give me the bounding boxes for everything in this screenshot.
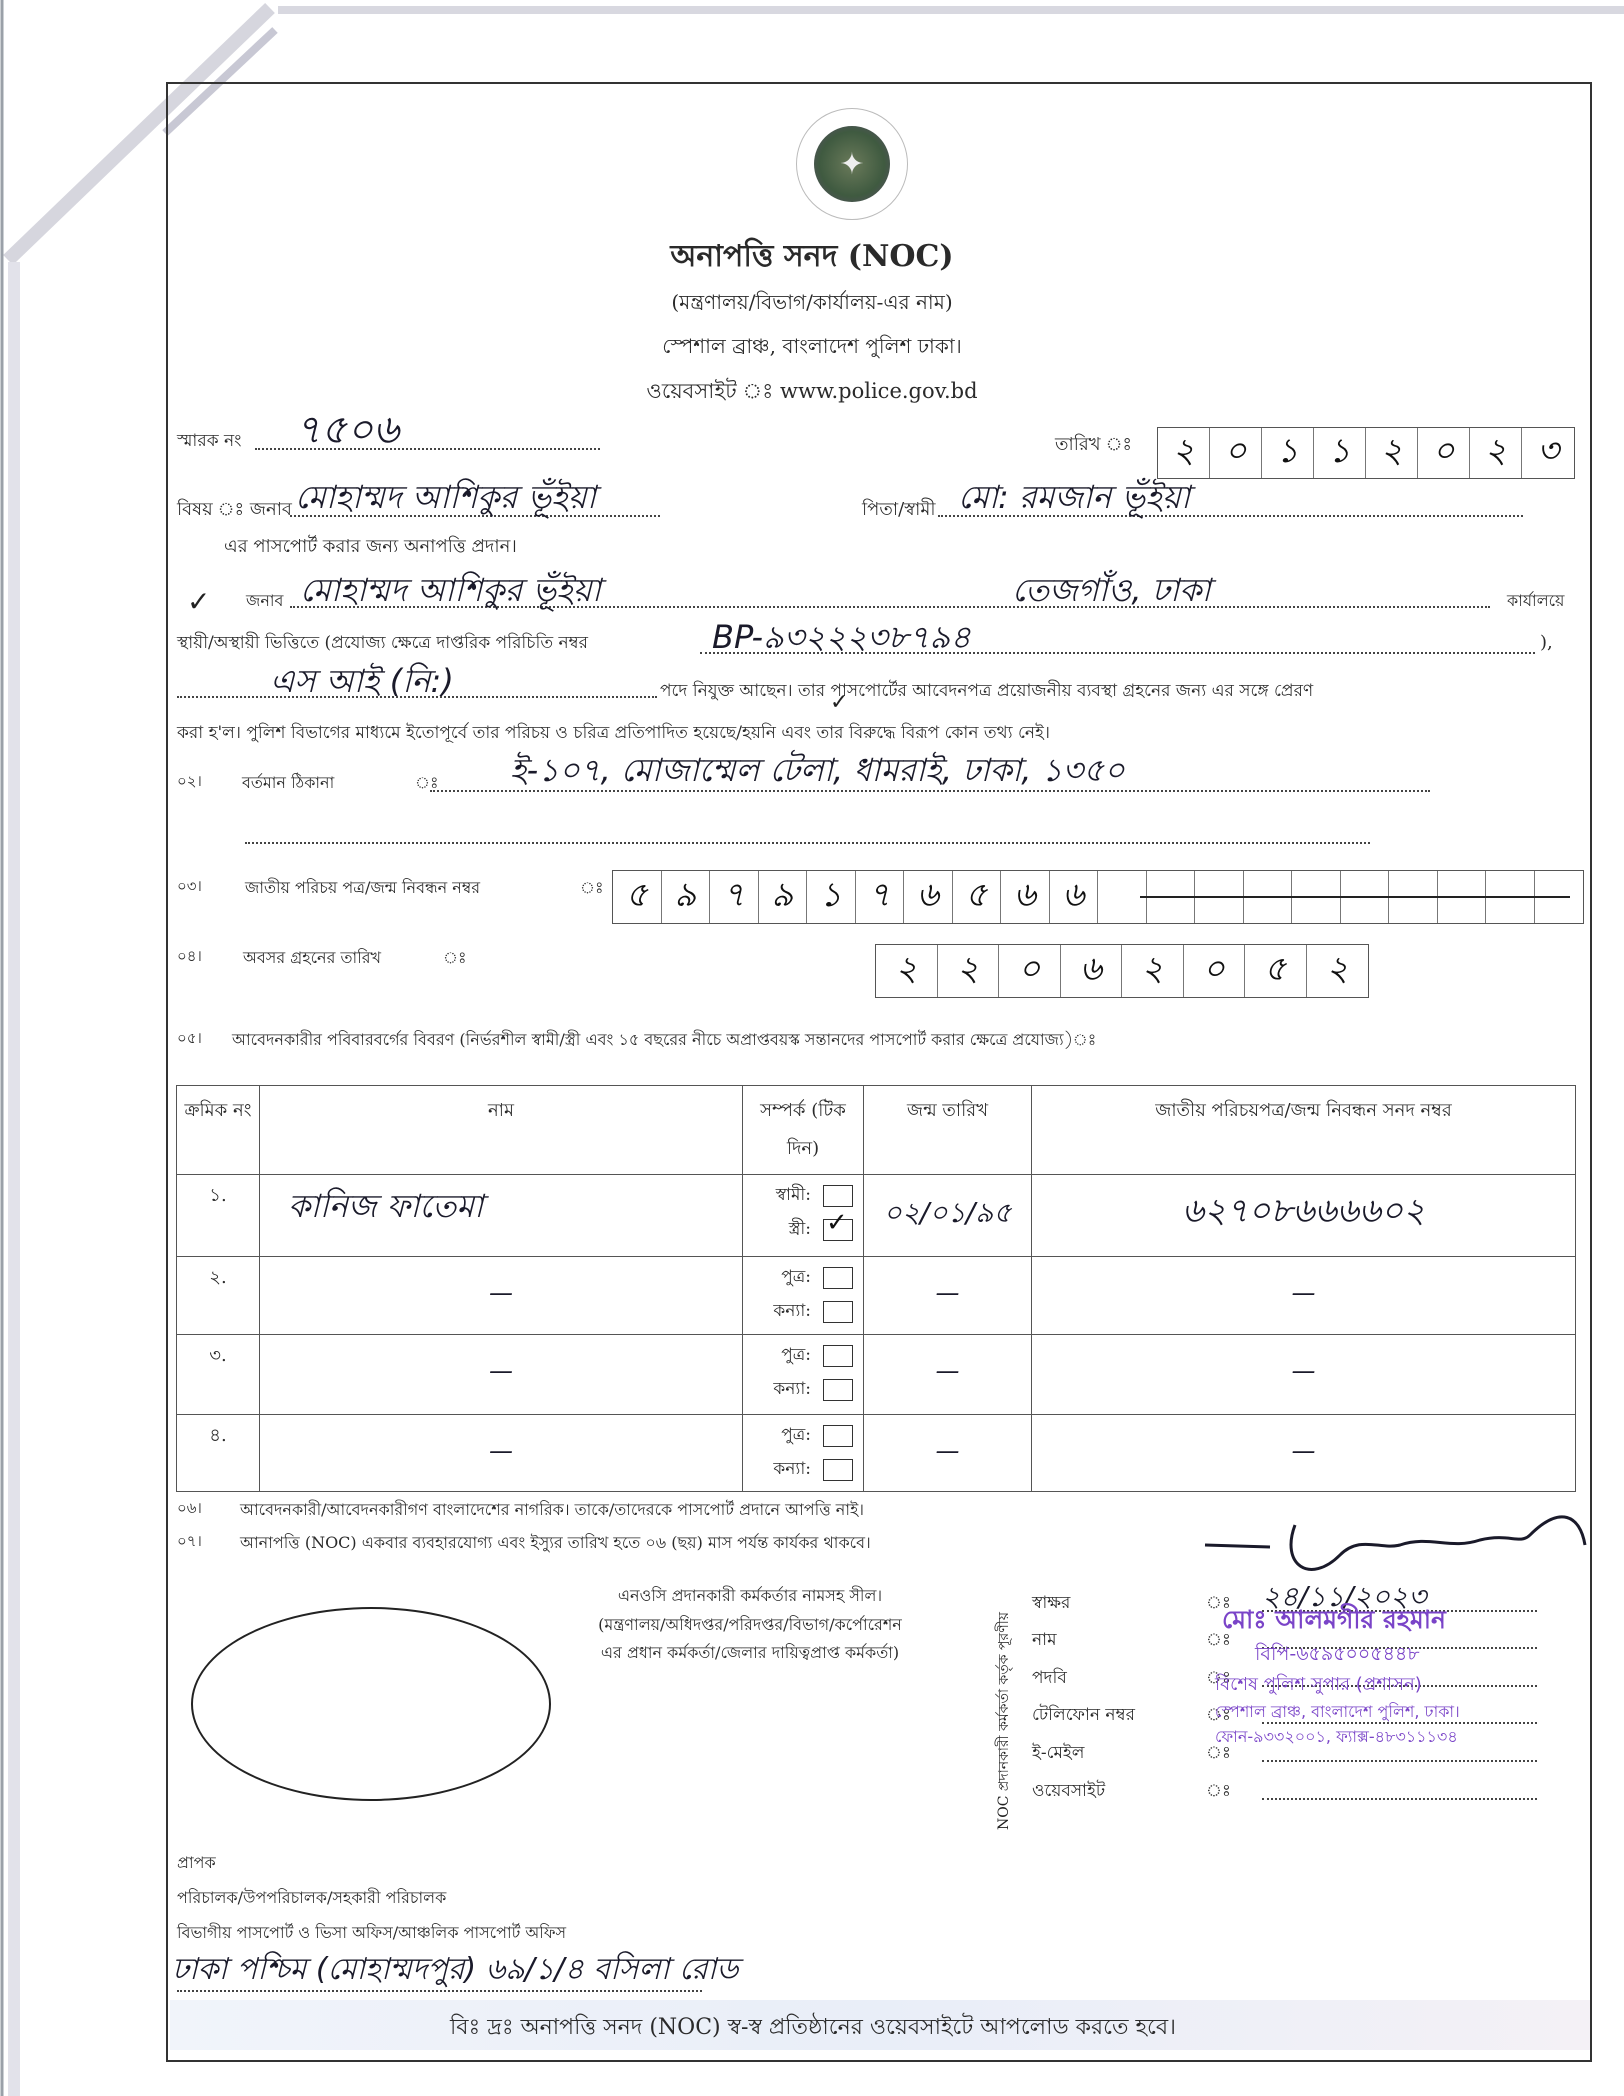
relation-label: পুত্র:: [781, 1342, 811, 1370]
relation-cell: স্বামী:স্ত্রী:: [743, 1175, 864, 1257]
footnote: বিঃ দ্রঃ অনাপত্তি সনদ (NOC) স্ব-স্ব প্রত…: [450, 2010, 1176, 2047]
document-title: অনাপত্তি সনদ (NOC): [0, 232, 1624, 283]
relation-checkbox[interactable]: [823, 1219, 853, 1241]
check-mark-icon: ✓: [187, 585, 210, 618]
address-label: বর্তমান ঠিকানা: [242, 770, 334, 797]
serial-cell: ৩.: [177, 1335, 260, 1415]
digit-box: ১: [1314, 428, 1366, 478]
digit-box: ২: [1158, 428, 1210, 478]
digit-box: ৩: [1522, 428, 1574, 478]
digit-box: ৭: [710, 871, 759, 923]
nid-cell: ৬২৭০৮৬৬৬৬০২: [1032, 1175, 1576, 1257]
stamp-designation: বিশেষ পুলিশ সুপার (প্রশাসন): [1215, 1670, 1422, 1701]
digit-box: ৯: [759, 871, 808, 923]
relation-checkbox[interactable]: [823, 1459, 853, 1481]
digit-box: ০: [1210, 428, 1262, 478]
website-line: ওয়েবসাইট ঃ www.police.gov.bd: [0, 375, 1624, 410]
relation-checkbox[interactable]: [823, 1267, 853, 1289]
recipient-label: প্রাপক: [177, 1850, 216, 1877]
digit-box: ৬: [904, 871, 953, 923]
dob-cell: —: [864, 1415, 1032, 1492]
nid-cell: —: [1032, 1335, 1576, 1415]
officer-field-label: টেলিফোন নম্বর: [1032, 1702, 1135, 1730]
date-label: তারিখ ঃ: [1055, 430, 1132, 461]
officer-field-label: পদবি: [1032, 1665, 1067, 1693]
digit-box: ১: [1262, 428, 1314, 478]
digit-box: ১: [807, 871, 856, 923]
digit-box: ২: [1366, 428, 1418, 478]
relation-label: স্বামী:: [776, 1182, 811, 1210]
relation-checkbox[interactable]: [823, 1301, 853, 1323]
family-table: ক্রমিক নং নাম সম্পর্ক (টিক দিন) জন্ম তার…: [176, 1085, 1576, 1492]
retirement-label: অবসর গ্রহনের তারিখ: [243, 945, 381, 972]
check-mark-icon: ✓: [830, 690, 848, 715]
subject-name: মোহাম্মদ আশিকুর ভূঁইয়া: [295, 472, 596, 526]
name-cell: —: [260, 1335, 743, 1415]
relation-label: কন্যা:: [773, 1298, 811, 1326]
declaration-validity: আনাপত্তি (NOC) একবার ব্যবহারযোগ্য এবং ইস…: [240, 1530, 871, 1557]
relation-label: পুত্র:: [781, 1422, 811, 1450]
officer-field-label: স্বাক্ষর: [1032, 1590, 1070, 1618]
digit-box: ২: [1470, 428, 1522, 478]
present-address: ই-১০৭, মোজাম্মেল টেলা, ধামরাই, ঢাকা, ১৩৫…: [510, 745, 1125, 799]
digit-box: ৯: [662, 871, 711, 923]
nid-cell: —: [1032, 1415, 1576, 1492]
office-name: স্পেশাল ব্রাঞ্চ, বাংলাদেশ পুলিশ ঢাকা।: [0, 332, 1624, 365]
serial-cell: ১.: [177, 1175, 260, 1257]
father-label: পিতা/স্বামী: [862, 495, 935, 526]
father-name: মো: রমজান ভূঁইয়া: [958, 472, 1190, 526]
relation-cell: পুত্র:কন্যা:: [743, 1415, 864, 1492]
officer-field-label: ই-মেইল: [1032, 1740, 1084, 1768]
seal-placeholder: [191, 1607, 551, 1801]
declaration-citizenship: আবেদনকারী/আবেদনকারীগণ বাংলাদেশের নাগরিক।…: [240, 1497, 864, 1524]
retirement-date-boxes: ২২০৬২০৫২: [875, 944, 1369, 998]
digit-box: ২: [938, 945, 1000, 997]
office-suffix: কার্যালয়ে: [1507, 588, 1564, 615]
subject-line2: এর পাসপোর্ট করার জন্য অনাপত্তি প্রদান।: [224, 532, 517, 563]
digit-box: ৭: [856, 871, 905, 923]
digit-box: ৫: [1245, 945, 1307, 997]
relation-label: কন্যা:: [773, 1456, 811, 1484]
office-location: তেজগাঁও, ঢাকা: [1012, 565, 1211, 619]
digit-box: ৬: [1001, 871, 1050, 923]
digit-box: ০: [999, 945, 1061, 997]
table-row: ১.কানিজ ফাতেমাস্বামী:স্ত্রী:০২/০১/৯৫৬২৭০…: [177, 1175, 1576, 1257]
recipient-office: ঢাকা পশ্চিম (মোহাম্মদপুর) ৬৯/১/৪ বসিলা র…: [172, 1945, 738, 1996]
recipient-line2: বিভাগীয় পাসপোর্ট ও ভিসা অফিস/আঞ্চলিক পা…: [177, 1920, 566, 1947]
digit-box: ০: [1184, 945, 1246, 997]
family-heading: আবেদনকারীর পবিবারবর্গের বিবরণ (নির্ভরশীল…: [232, 1027, 1096, 1054]
janab-label: জনাব: [246, 588, 283, 615]
name-cell: —: [260, 1257, 743, 1335]
digit-box: ২: [1122, 945, 1184, 997]
dob-cell: ০২/০১/৯৫: [864, 1175, 1032, 1257]
memo-label: স্মারক নং: [177, 428, 241, 456]
officer-field-label: ওয়েবসাইট: [1032, 1778, 1105, 1806]
dob-cell: —: [864, 1257, 1032, 1335]
digit-box: ২: [1307, 945, 1369, 997]
table-row: ৪.—পুত্র:কন্যা:——: [177, 1415, 1576, 1492]
relation-cell: পুত্র:কন্যা:: [743, 1257, 864, 1335]
digit-box: ০: [1418, 428, 1470, 478]
stamp-officer-name: মোঃ আলমগীর রহমান: [1222, 1600, 1446, 1643]
serial-cell: ২.: [177, 1257, 260, 1335]
digit-box: ৫: [953, 871, 1002, 923]
officer-field-input[interactable]: [1262, 1798, 1537, 1800]
officer-field-input[interactable]: [1262, 1760, 1537, 1762]
official-id: BP-৯৩২২২৩৮৭৯৪: [712, 612, 971, 666]
relation-label: পুত্র:: [781, 1264, 811, 1292]
recipient-line1: পরিচালক/উপপরিচালক/সহকারী পরিচালক: [177, 1885, 446, 1912]
designation-suffix: পদে নিযুক্ত আছেন। তার পাসপোর্টের আবেদনপত…: [660, 678, 1313, 706]
relation-checkbox[interactable]: [823, 1425, 853, 1447]
government-emblem-icon: ✦: [796, 108, 908, 220]
serial-cell: ৪.: [177, 1415, 260, 1492]
relation-checkbox[interactable]: [823, 1185, 853, 1207]
digit-box: ৬: [1050, 871, 1099, 923]
name-cell: —: [260, 1415, 743, 1492]
officer-field-label: নাম: [1032, 1627, 1057, 1655]
stamp-bp-number: বিপি-৬৫৯৫০০৫৪৪৮: [1255, 1640, 1420, 1672]
relation-cell: পুত্র:কন্যা:: [743, 1335, 864, 1415]
date-boxes: ২০১১২০২৩: [1157, 427, 1575, 479]
nid-cell: —: [1032, 1257, 1576, 1335]
digit-box: ৬: [1061, 945, 1123, 997]
ministry-subtitle: (মন্ত্রণালয়/বিভাগ/কার্যালয়-এর নাম): [0, 288, 1624, 321]
nid-label: জাতীয় পরিচয় পত্র/জন্ম নিবন্ধন নম্বর: [245, 875, 480, 902]
digit-box: ৫: [613, 871, 662, 923]
relation-label: স্ত্রী:: [789, 1216, 811, 1244]
relation-checkbox[interactable]: [823, 1379, 853, 1401]
relation-label: কন্যা:: [773, 1376, 811, 1404]
employee-name: মোহাম্মদ আশিকুর ভূঁইয়া: [300, 565, 601, 619]
verification-line: করা হ'ল। পুলিশ বিভাগের মাধ্যমে ইতোপূর্বে…: [177, 720, 1050, 748]
table-row: ২.—পুত্র:কন্যা:——: [177, 1257, 1576, 1335]
basis-text: স্থায়ী/অস্থায়ী ভিত্তিতে (প্রযোজ্য ক্ষে…: [177, 630, 588, 658]
relation-checkbox[interactable]: [823, 1345, 853, 1367]
dob-cell: —: [864, 1335, 1032, 1415]
memo-number: ৭৫০৬: [295, 398, 399, 465]
subject-label: বিষয় ঃ জনাব: [177, 495, 292, 526]
designation: এস আই (নি:): [270, 656, 454, 710]
stamp-contact: ফোন-৯৩৩২০০১, ফ্যাক্স-৪৮৩১১১৩৪: [1215, 1724, 1458, 1751]
table-row: ৩.—পুত্র:কন্যা:——: [177, 1335, 1576, 1415]
name-cell: কানিজ ফাতেমা: [260, 1175, 743, 1257]
vertical-note: NOC প্রদানকারী কর্মকর্তা কর্তৃক পূরণীয়: [992, 1612, 1016, 1830]
digit-box: ২: [876, 945, 938, 997]
nid-strike-line: [1140, 896, 1570, 898]
stamp-office: স্পেশাল ব্রাঞ্চ, বাংলাদেশ পুলিশ, ঢাকা।: [1215, 1699, 1460, 1726]
